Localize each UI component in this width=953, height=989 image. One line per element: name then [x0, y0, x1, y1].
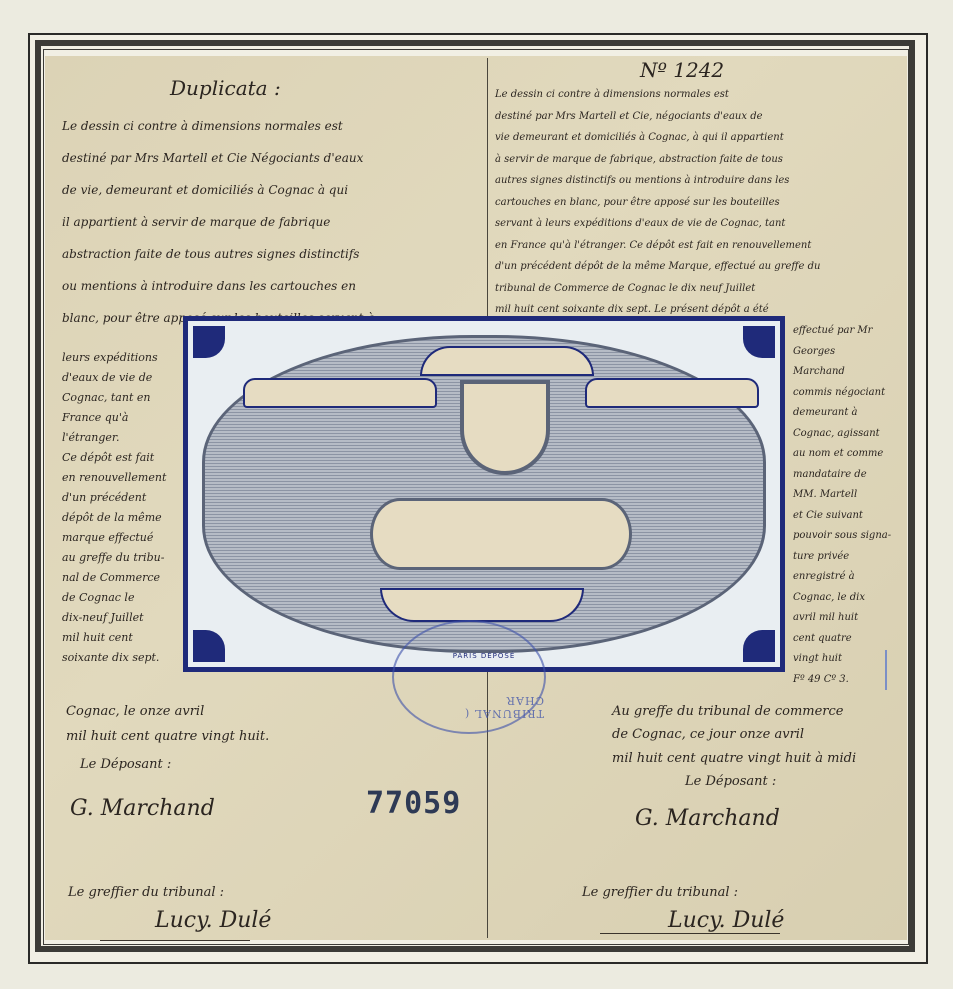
- handwritten-line: abstraction faite de tous autres signes …: [62, 248, 359, 260]
- label-center-cartouche: [370, 498, 632, 570]
- signature-flourish: [600, 933, 780, 934]
- tribunal-stamp: TRIBUNAL ( CHAR: [392, 620, 546, 734]
- left-clerk-title: Le greffier du tribunal :: [68, 886, 224, 899]
- handwritten-line: et Cie suivant: [793, 511, 863, 521]
- handwritten-line: mil huit cent soixante dix sept. Le prés…: [495, 305, 769, 315]
- label-shield: [460, 380, 550, 475]
- handwritten-line: avril mil huit: [793, 613, 858, 623]
- handwritten-line: pouvoir sous signa-: [793, 531, 891, 541]
- handwritten-line: Cognac, agissant: [793, 429, 880, 439]
- handwritten-line: demeurant à: [793, 408, 858, 418]
- handwritten-line: marque effectué: [62, 532, 153, 543]
- left-clerk-signature: Lucy. Dulé: [155, 910, 271, 932]
- handwritten-line: nal de Commerce: [62, 572, 160, 583]
- handwritten-line: Le dessin ci contre à dimensions normale…: [62, 120, 343, 132]
- handwritten-line: Le dessin ci contre à dimensions normale…: [495, 90, 729, 100]
- handwritten-line: Le Déposant :: [685, 775, 776, 788]
- handwritten-line: il appartient à servir de marque de fabr…: [62, 216, 330, 228]
- right-clerk-signature: Lucy. Dulé: [668, 910, 784, 932]
- cognac-label: PARIS DÉPOSÉ: [183, 316, 785, 672]
- handwritten-line: cent quatre: [793, 634, 852, 644]
- handwritten-line: effectué par Mr: [793, 326, 872, 336]
- handwritten-line: Georges: [793, 347, 835, 357]
- handwritten-line: d'eaux de vie de: [62, 372, 152, 383]
- handwritten-line: Cognac, le dix: [793, 593, 865, 603]
- handwritten-line: servant à leurs expéditions d'eaux de vi…: [495, 219, 785, 229]
- handwritten-line: enregistré à: [793, 572, 855, 582]
- handwritten-line: leurs expéditions: [62, 352, 158, 363]
- handwritten-line: en France qu'à l'étranger. Ce dépôt est …: [495, 241, 811, 251]
- blue-pencil-mark: [885, 650, 887, 690]
- handwritten-line: mil huit cent quatre vingt huit.: [66, 730, 269, 743]
- handwritten-line: de Cognac, ce jour onze avril: [612, 728, 804, 741]
- handwritten-line: d'un précédent: [62, 492, 146, 503]
- handwritten-line: ture privée: [793, 552, 849, 562]
- right-depositor-signature: G. Marchand: [635, 808, 780, 830]
- label-right-banner: [585, 378, 759, 408]
- left-depositor-signature: G. Marchand: [70, 798, 215, 820]
- stamp-text: TRIBUNAL ( CHAR: [422, 694, 544, 720]
- handwritten-line: d'un précédent dépôt de la même Marque, …: [495, 262, 820, 272]
- handwritten-line: Cognac, le onze avril: [66, 705, 204, 718]
- handwritten-line: mandataire de: [793, 470, 867, 480]
- handwritten-line: au greffe du tribu-: [62, 552, 164, 563]
- handwritten-line: à servir de marque de fabrique, abstract…: [495, 155, 783, 165]
- handwritten-line: dix-neuf Juillet: [62, 612, 144, 623]
- handwritten-line: Fº 49 Cº 3.: [793, 675, 849, 685]
- handwritten-line: Marchand: [793, 367, 845, 377]
- handwritten-line: dépôt de la même: [62, 512, 162, 523]
- label-body: PARIS DÉPOSÉ: [188, 321, 780, 667]
- handwritten-line: commis négociant: [793, 388, 885, 398]
- handwritten-line: cartouches en blanc, pour être apposé su…: [495, 198, 780, 208]
- handwritten-line: MM. Martell: [793, 490, 857, 500]
- label-bottom-ribbon: [380, 588, 584, 622]
- handwritten-line: de Cognac le: [62, 592, 134, 603]
- handwritten-line: tribunal de Commerce de Cognac le dix ne…: [495, 284, 755, 294]
- handwritten-line: soixante dix sept.: [62, 652, 159, 663]
- label-left-banner: [243, 378, 437, 408]
- handwritten-line: mil huit cent quatre vingt huit à midi: [612, 752, 856, 765]
- handwritten-line: destiné par Mrs Martell et Cie Négociant…: [62, 152, 363, 164]
- registration-number: 77059: [366, 786, 461, 821]
- handwritten-line: Au greffe du tribunal de commerce: [612, 705, 843, 718]
- handwritten-line: destiné par Mrs Martell et Cie, négocian…: [495, 112, 763, 122]
- handwritten-line: en renouvellement: [62, 472, 166, 483]
- label-top-banner: [420, 346, 594, 376]
- handwritten-line: vingt huit: [793, 654, 842, 664]
- handwritten-line: France qu'à: [62, 412, 128, 423]
- right-clerk-title: Le greffier du tribunal :: [582, 886, 738, 899]
- handwritten-line: Cognac, tant en: [62, 392, 150, 403]
- corner-ornament-icon: [743, 326, 775, 358]
- handwritten-line: mil huit cent: [62, 632, 133, 643]
- signature-flourish: [100, 940, 250, 941]
- deposit-number: Nº 1242: [640, 60, 724, 80]
- handwritten-line: autres signes distinctifs ou mentions à …: [495, 176, 789, 186]
- handwritten-line: l'étranger.: [62, 432, 119, 443]
- handwritten-line: au nom et comme: [793, 449, 883, 459]
- corner-ornament-icon: [193, 326, 225, 358]
- handwritten-line: vie demeurant et domiciliés à Cognac, à …: [495, 133, 784, 143]
- left-heading: Duplicata :: [170, 78, 281, 98]
- handwritten-line: Le Déposant :: [80, 758, 171, 771]
- handwritten-line: ou mentions à introduire dans les cartou…: [62, 280, 356, 292]
- handwritten-line: Ce dépôt est fait: [62, 452, 154, 463]
- handwritten-line: de vie, demeurant et domiciliés à Cognac…: [62, 184, 348, 196]
- label-ornamental-oval: [202, 335, 766, 653]
